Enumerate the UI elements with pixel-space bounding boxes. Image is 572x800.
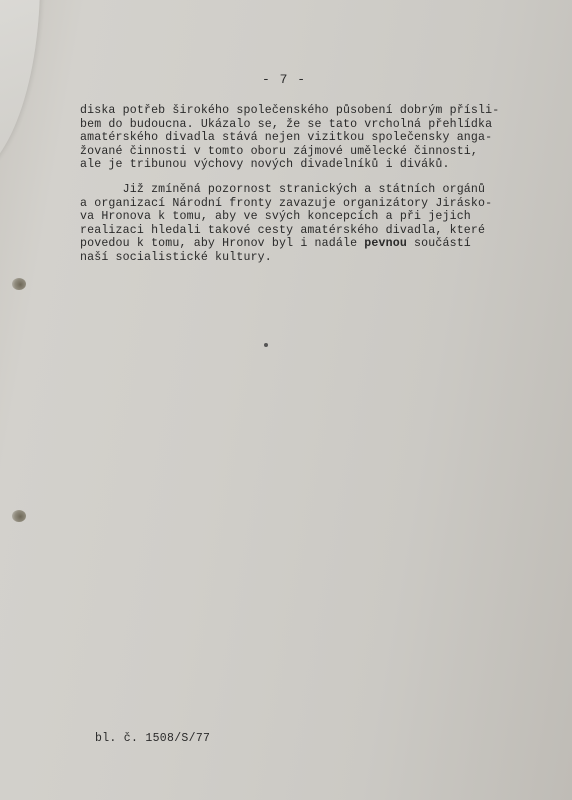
text-line: bem do budoucna. Ukázalo se, že se tato … — [80, 118, 499, 132]
text-line: realizaci hledali takové cesty amatérské… — [80, 224, 492, 238]
page-number: - 7 - — [262, 72, 306, 87]
paragraph-1: diska potřeb širokého společenského půso… — [80, 104, 499, 172]
text-line: diska potřeb širokého společenského půso… — [80, 104, 499, 118]
text-line: naší socialistické kultury. — [80, 251, 492, 265]
text-line: a organizací Národní fronty zavazuje org… — [80, 197, 492, 211]
text-line: ale je tribunou výchovy nových divadelní… — [80, 158, 499, 172]
punch-hole-bottom — [12, 510, 26, 522]
document-reference-footer: bl. č. 1508/S/77 — [95, 732, 210, 745]
text-segment: součástí — [407, 237, 471, 250]
emphasis-word: pevnou — [364, 237, 407, 250]
text-line: žované činnosti v tomto oboru zájmové um… — [80, 145, 499, 159]
text-line: povedou k tomu, aby Hronov byl i nadále … — [80, 237, 492, 251]
text-line: va Hronova k tomu, aby ve svých koncepcí… — [80, 210, 492, 224]
paragraph-2: Již zmíněná pozornost stranických a stát… — [80, 183, 492, 265]
page-curl — [0, 0, 40, 180]
ink-speck — [264, 343, 268, 347]
punch-hole-top — [12, 278, 26, 290]
text-line: Již zmíněná pozornost stranických a stát… — [80, 183, 492, 197]
text-line: amatérského divadla stává nejen vizitkou… — [80, 131, 499, 145]
text-segment: povedou k tomu, aby Hronov byl i nadále — [80, 237, 364, 250]
document-page: - 7 - diska potřeb širokého společenskéh… — [0, 0, 572, 800]
